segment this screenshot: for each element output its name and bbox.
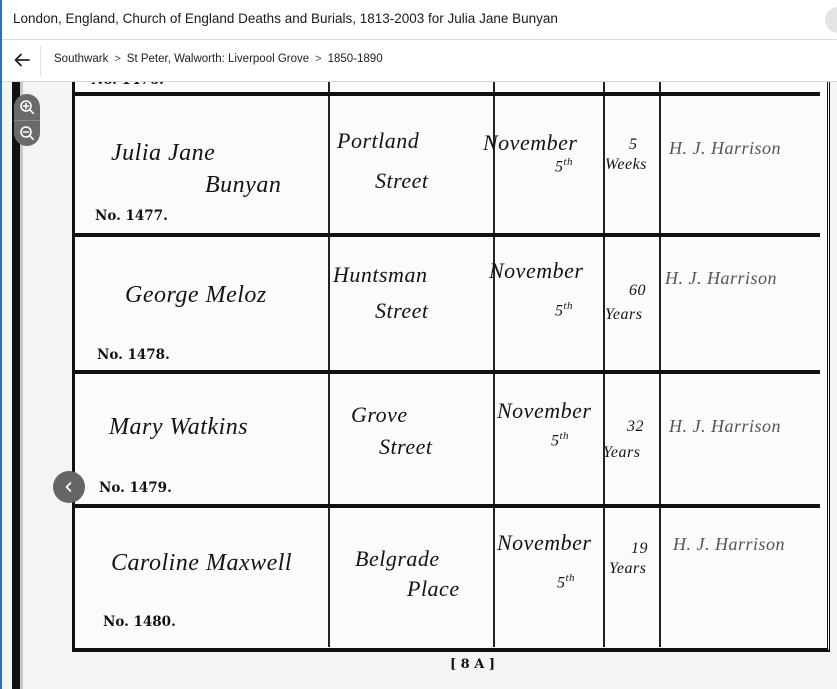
- entry-abode-continued: Street: [375, 298, 429, 324]
- entry-abode: Grove: [351, 402, 408, 428]
- zoom-in-icon: [19, 99, 35, 115]
- age-value: 5: [629, 136, 638, 154]
- officiant-signature: H. J. Harrison: [665, 268, 777, 289]
- burial-month: November: [483, 130, 577, 156]
- row-divider: [75, 92, 820, 96]
- left-accent-bar: [0, 0, 2, 689]
- entry-abode: Huntsman: [333, 262, 427, 288]
- entry-number: No. 1476.: [91, 82, 164, 88]
- burial-month: November: [497, 530, 591, 556]
- record-title: London, England, Church of England Death…: [13, 11, 558, 26]
- burial-register-page: No. 1476. Julia Jane Bunyan No. 1477. Po…: [72, 82, 830, 652]
- zoom-out-icon: [19, 125, 35, 141]
- entry-number: No. 1480.: [103, 614, 176, 630]
- officiant-signature: H. J. Harrison: [673, 534, 785, 555]
- burial-day: 5th: [557, 572, 575, 592]
- page-shadow: [20, 82, 23, 689]
- age-unit: Weeks: [605, 156, 647, 174]
- entry-abode-continued: Place: [407, 576, 460, 602]
- entry-name-continued: Bunyan: [205, 172, 281, 199]
- previous-image-button[interactable]: [53, 471, 85, 503]
- row-divider: [75, 370, 820, 374]
- age-value: 19: [631, 540, 648, 558]
- page-mark: [ 8 A ]: [450, 657, 495, 672]
- column-divider: [328, 82, 330, 647]
- page-binding-edge: [12, 82, 20, 689]
- breadcrumb-separator: >: [114, 53, 120, 65]
- breadcrumb-years[interactable]: 1850-1890: [328, 53, 383, 65]
- entry-name: Mary Watkins: [109, 414, 248, 441]
- arrow-left-icon: [13, 51, 31, 69]
- breadcrumb: Southwark > St Peter, Walworth: Liverpoo…: [54, 53, 383, 65]
- burial-day: 5th: [555, 156, 573, 176]
- entry-abode-continued: Street: [375, 168, 429, 194]
- zoom-controls: [14, 94, 40, 146]
- age-value: 60: [629, 282, 646, 300]
- title-bar: London, England, Church of England Death…: [0, 0, 837, 40]
- burial-month: November: [497, 398, 591, 424]
- column-divider: [493, 82, 495, 647]
- user-avatar[interactable]: [825, 7, 837, 33]
- breadcrumb-separator: >: [315, 53, 321, 65]
- entry-number: No. 1479.: [99, 480, 172, 496]
- back-button[interactable]: [8, 46, 36, 74]
- navigation-bar: Southwark > St Peter, Walworth: Liverpoo…: [0, 40, 837, 82]
- age-unit: Years: [603, 444, 640, 462]
- entry-number: No. 1478.: [97, 347, 170, 363]
- zoom-in-button[interactable]: [14, 94, 40, 120]
- age-value: 32: [627, 418, 644, 436]
- column-divider: [659, 82, 661, 647]
- entry-abode: Belgrade: [355, 546, 440, 572]
- officiant-signature: H. J. Harrison: [669, 416, 781, 437]
- row-divider: [75, 504, 820, 508]
- burial-month: November: [489, 258, 583, 284]
- entry-abode-continued: Street: [379, 434, 433, 460]
- entry-abode: Portland: [337, 128, 419, 154]
- zoom-out-button[interactable]: [14, 121, 40, 147]
- entry-number: No. 1477.: [95, 208, 168, 224]
- age-unit: Years: [605, 306, 642, 324]
- chevron-left-icon: [63, 481, 75, 493]
- row-divider: [75, 233, 820, 237]
- image-viewer[interactable]: No. 1476. Julia Jane Bunyan No. 1477. Po…: [2, 82, 837, 689]
- age-unit: Years: [609, 560, 646, 578]
- entry-name: Caroline Maxwell: [111, 550, 292, 577]
- entry-name: Julia Jane: [111, 140, 215, 167]
- burial-day: 5th: [551, 430, 569, 450]
- officiant-signature: H. J. Harrison: [669, 138, 781, 159]
- entry-name: George Meloz: [125, 282, 267, 309]
- breadcrumb-parish[interactable]: St Peter, Walworth: Liverpool Grove: [127, 53, 309, 65]
- nav-divider: [40, 46, 41, 76]
- breadcrumb-southwark[interactable]: Southwark: [54, 53, 108, 65]
- burial-day: 5th: [555, 300, 573, 320]
